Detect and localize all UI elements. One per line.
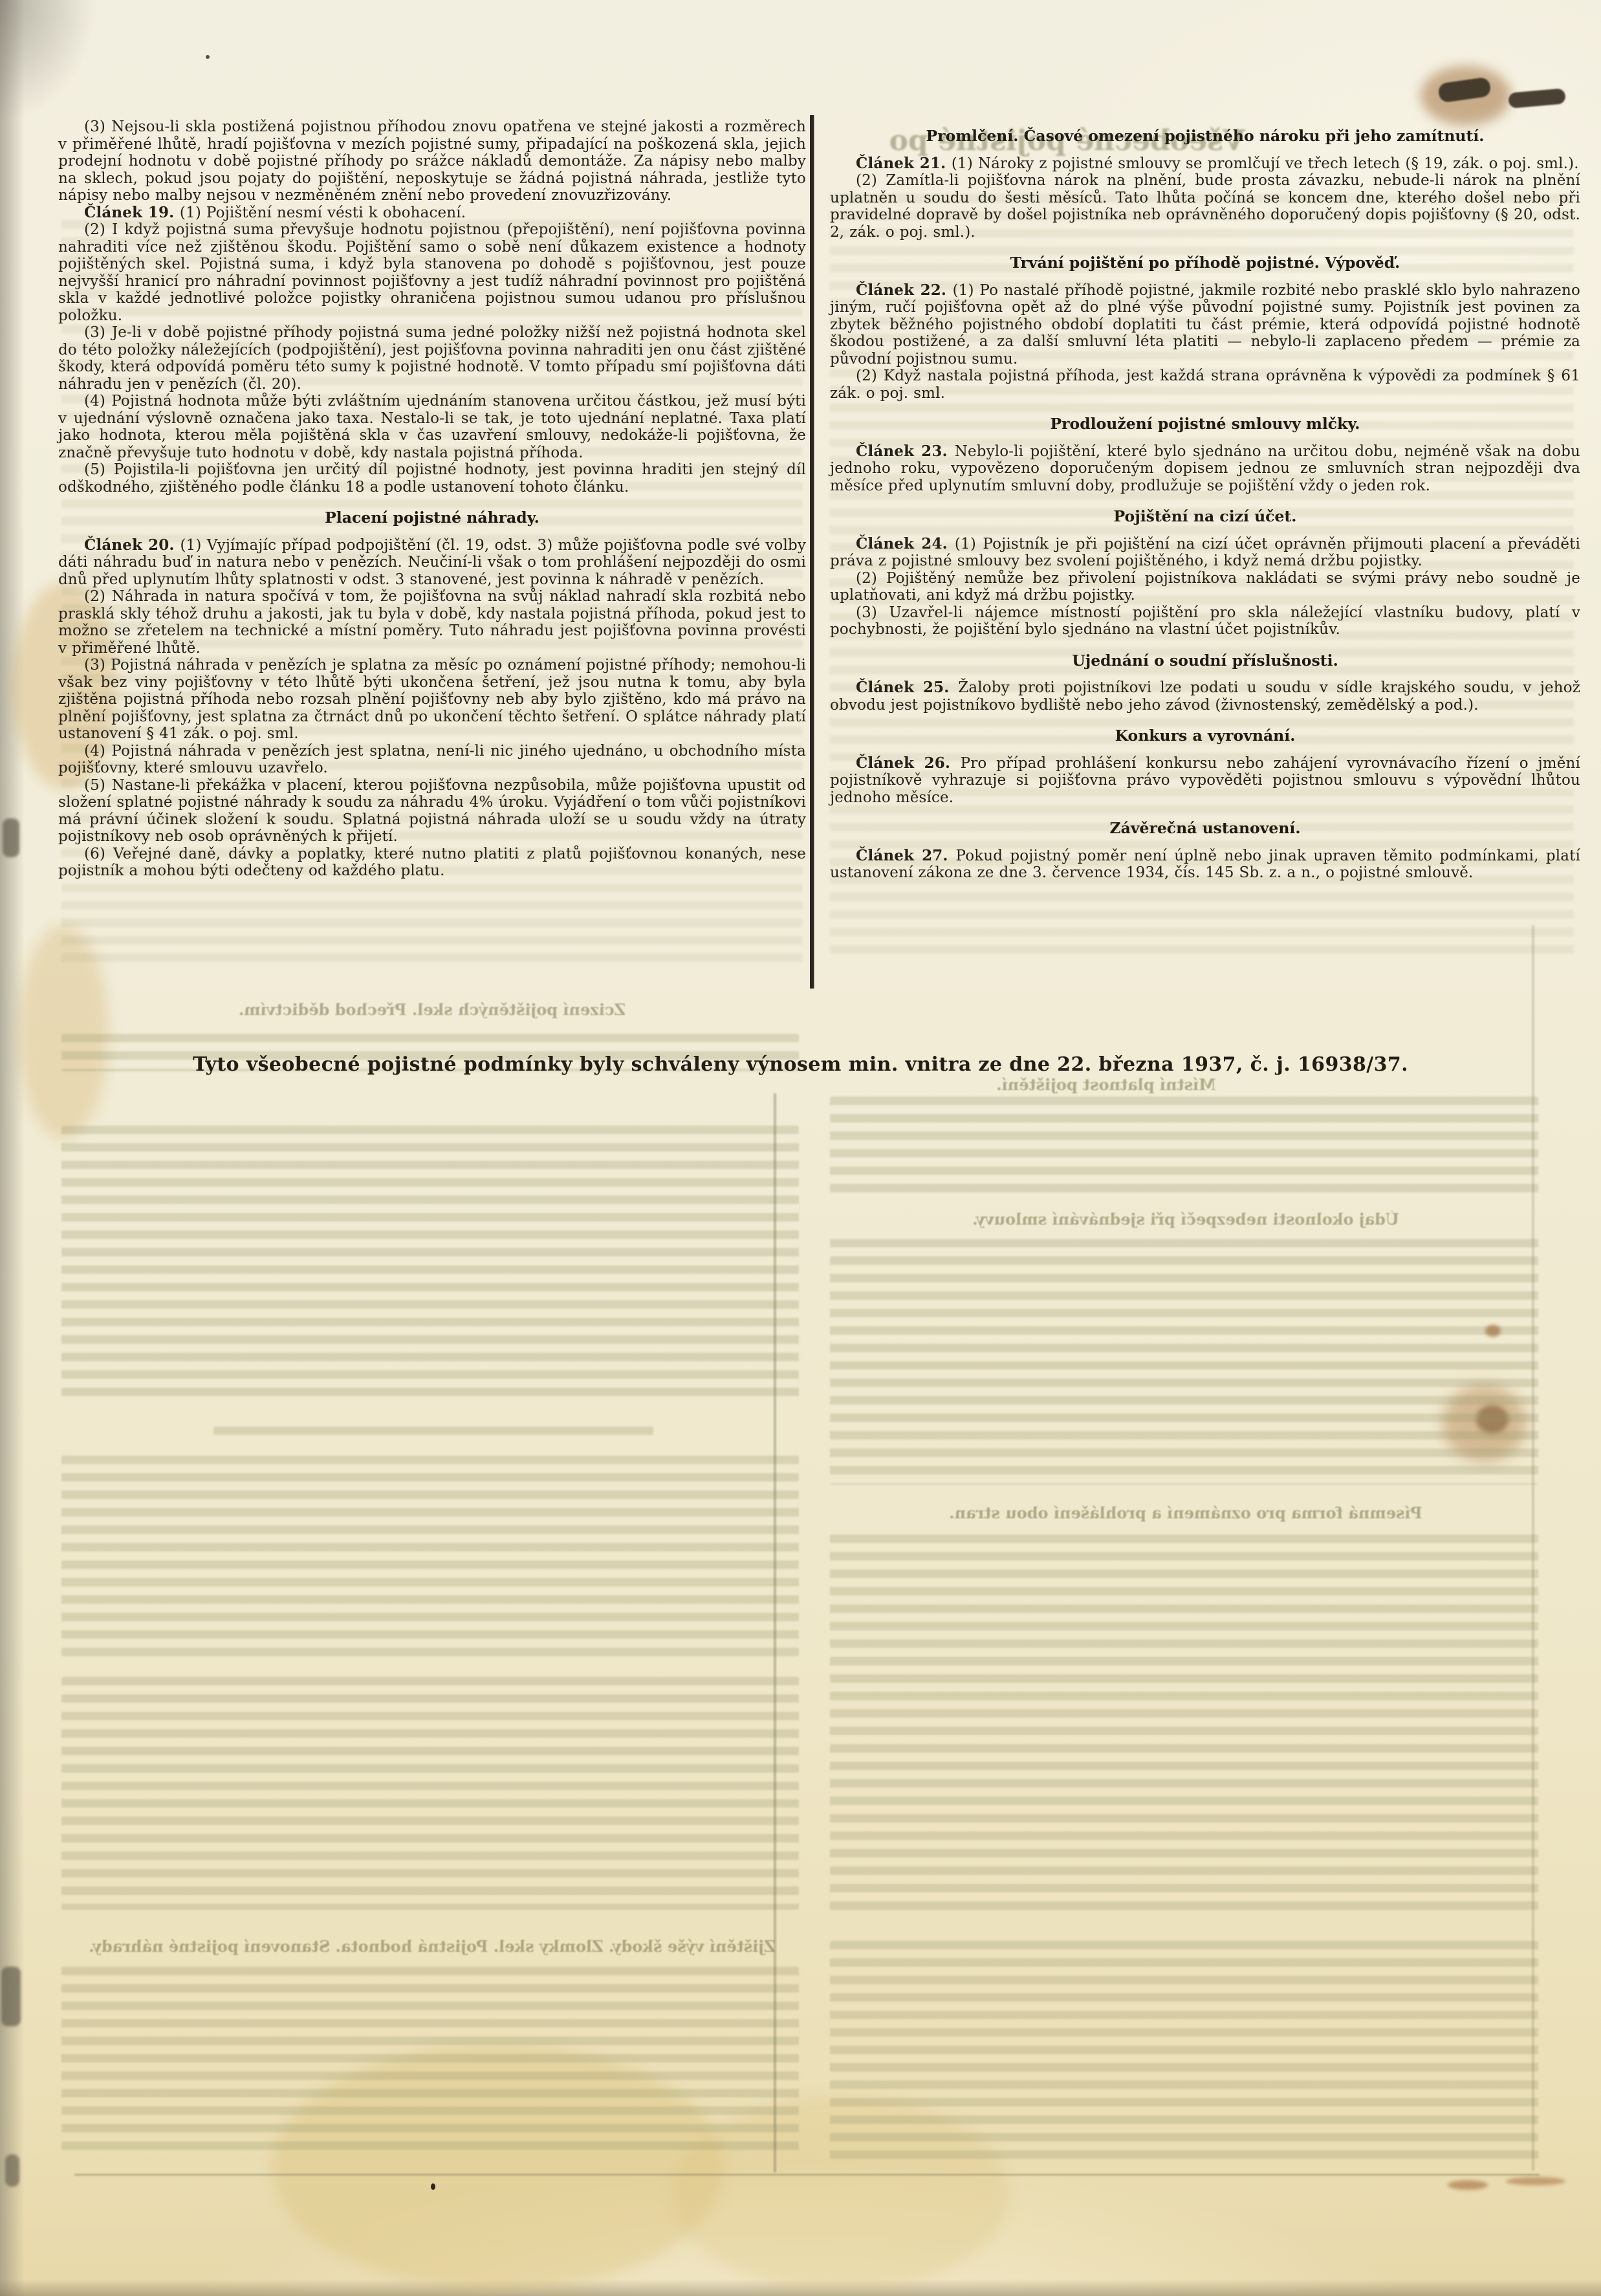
paragraph: (2) Náhrada in natura spočívá v tom, že … <box>58 588 806 657</box>
section-heading: Placení pojistné náhrady. <box>58 509 806 527</box>
paragraph: (3) Nejsou-li skla postižená pojistnou p… <box>58 118 806 204</box>
article-number: Článek 23. <box>856 443 955 460</box>
paragraph: (3) Je-li v době pojistné příhody pojist… <box>58 324 806 393</box>
section-heading: Ujednání o soudní příslušnosti. <box>830 652 1580 670</box>
scanned-document-page: Všeobecné pojistné po Zcizení pojištěnýc… <box>0 0 1601 2296</box>
bleedthrough-text-block <box>830 1239 1538 1485</box>
paragraph: Článek 19. (1) Pojištění nesmí vésti k o… <box>58 204 806 222</box>
paragraph: (5) Nastane-li překážka v placení, ktero… <box>58 777 806 846</box>
paragraph: Článek 25. Žaloby proti pojistníkovi lze… <box>830 679 1580 714</box>
article-number: Článek 25. <box>856 679 958 696</box>
paragraph: (2) I když pojistná suma převyšuje hodno… <box>58 221 806 324</box>
section-heading: Pojištění na cizí účet. <box>830 508 1580 525</box>
article-number: Článek 20. <box>84 536 180 554</box>
rust-stain <box>1448 2180 1488 2190</box>
bleedthrough-text-block <box>830 1097 1538 1194</box>
column-divider <box>810 115 814 989</box>
bleedthrough-text-block <box>61 1456 799 1656</box>
scan-edge-left <box>0 0 25 2296</box>
paragraph: (2) Když nastala pojistná příhoda, jest … <box>830 367 1580 402</box>
paragraph: Článek 23. Nebylo-li pojištění, které by… <box>830 443 1580 495</box>
edge-blemish <box>1 1967 21 2026</box>
bleedthrough-divider-line <box>774 1093 776 2172</box>
article-number: Článek 26. <box>856 754 961 772</box>
paragraph: Článek 22. (1) Po nastalé příhodě pojist… <box>830 282 1580 368</box>
bleedthrough-heading: Písemná forma pro oznámení a prohlášení … <box>830 1505 1541 1522</box>
paragraph: Článek 24. (1) Pojistník je při pojištěn… <box>830 536 1580 570</box>
section-heading: Závěrečná ustanovení. <box>830 820 1580 837</box>
article-number: Článek 22. <box>856 281 953 299</box>
paper-speck <box>431 2183 435 2190</box>
paragraph: Článek 21. (1) Nároky z pojistné smlouvy… <box>830 155 1580 173</box>
paragraph: (2) Pojištěný nemůže bez přivolení pojis… <box>830 570 1580 604</box>
paragraph: Článek 26. Pro případ prohlášení konkurs… <box>830 755 1580 807</box>
article-number: Článek 27. <box>856 847 956 864</box>
footer-approval-line: Tyto všeobecné pojistné podmínky byly sc… <box>0 1053 1601 1076</box>
bleedthrough-text-block <box>830 1535 1538 1916</box>
paragraph: (5) Pojistila-li pojišťovna jen určitý d… <box>58 461 806 496</box>
paragraph: (3) Pojistná náhrada v penězích je splat… <box>58 657 806 743</box>
paragraph: (2) Zamítla-li pojišťovna nárok na plněn… <box>830 172 1580 241</box>
paragraph: (4) Pojistná hodnota může býti zvláštním… <box>58 393 806 461</box>
section-heading: Konkurs a vyrovnání. <box>830 727 1580 745</box>
bleedthrough-heading: Zcizení pojištěných skel. Přechod dědict… <box>58 1001 806 1018</box>
paragraph: Článek 27. Pokud pojistný poměr není úpl… <box>830 847 1580 882</box>
bleedthrough-divider-line <box>1532 925 1534 2170</box>
scan-corner-shadow <box>0 0 97 123</box>
paper-speck <box>206 55 210 59</box>
paragraph: (4) Pojistná náhrada v penězích jest spl… <box>58 743 806 777</box>
article-number: Článek 19. <box>84 204 180 221</box>
bleedthrough-text-block <box>213 1427 653 1439</box>
section-heading: Prodloužení pojistné smlouvy mlčky. <box>830 415 1580 433</box>
paragraph: Článek 20. (1) Vyjímajíc případ podpojiš… <box>58 537 806 589</box>
article-number: Článek 21. <box>856 155 952 172</box>
bleedthrough-rule <box>74 2174 1540 2176</box>
section-heading: Promlčení. Časové omezení pojistného nár… <box>830 127 1580 145</box>
bleedthrough-heading: Údaj okolnosti nebezpečí při sjednávání … <box>830 1211 1541 1228</box>
section-heading: Trvání pojištění po příhodě pojistné. Vý… <box>830 254 1580 272</box>
edge-blemish <box>5 2154 19 2187</box>
bleedthrough-heading: Místní platnost pojištění. <box>925 1077 1287 1093</box>
bleedthrough-text-block <box>830 1941 1538 2161</box>
rust-stain <box>1506 2177 1565 2185</box>
left-column: (3) Nejsou-li skla postižená pojistnou p… <box>58 118 806 880</box>
article-number: Článek 24. <box>856 535 955 552</box>
paragraph: (6) Veřejné daně, dávky a poplatky, kter… <box>58 846 806 880</box>
ink-smudge <box>1508 88 1566 109</box>
bleedthrough-text-block <box>61 1677 799 1910</box>
bleedthrough-text-block <box>61 1967 799 2154</box>
bleedthrough-heading: Zjištění výše škody. Zlomky skel. Pojist… <box>58 1938 806 1955</box>
right-column: Promlčení. Časové omezení pojistného nár… <box>830 114 1580 882</box>
edge-blemish <box>3 818 19 857</box>
paragraph: (3) Uzavřel-li nájemce místností pojiště… <box>830 604 1580 639</box>
bleedthrough-text-block <box>61 1126 799 1404</box>
